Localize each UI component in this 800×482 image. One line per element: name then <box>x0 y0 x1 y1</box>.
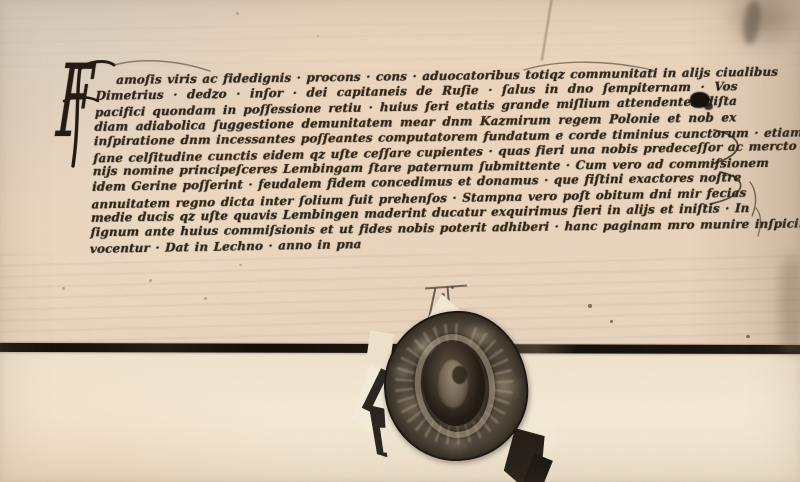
speck <box>236 12 239 15</box>
initial-letter-F: F <box>55 52 96 152</box>
smudge-right-edge <box>779 256 800 352</box>
ink-blot-small <box>704 103 713 110</box>
charter-photo: F amoſis viris ac fidedignis · procons ·… <box>0 0 800 482</box>
speck <box>317 35 319 37</box>
manuscript-text: amoſis viris ac fidedignis · procons · c… <box>90 64 739 256</box>
speck <box>204 297 207 300</box>
seal-bust-head <box>452 366 467 384</box>
crease-line <box>541 0 553 61</box>
wax-seal-assembly <box>330 280 570 482</box>
speck <box>588 304 592 308</box>
smudge-top-right-dark <box>741 0 763 45</box>
speck <box>610 320 613 323</box>
speck <box>746 335 750 338</box>
speck <box>62 287 65 290</box>
speck <box>149 279 152 282</box>
speck <box>239 264 242 266</box>
